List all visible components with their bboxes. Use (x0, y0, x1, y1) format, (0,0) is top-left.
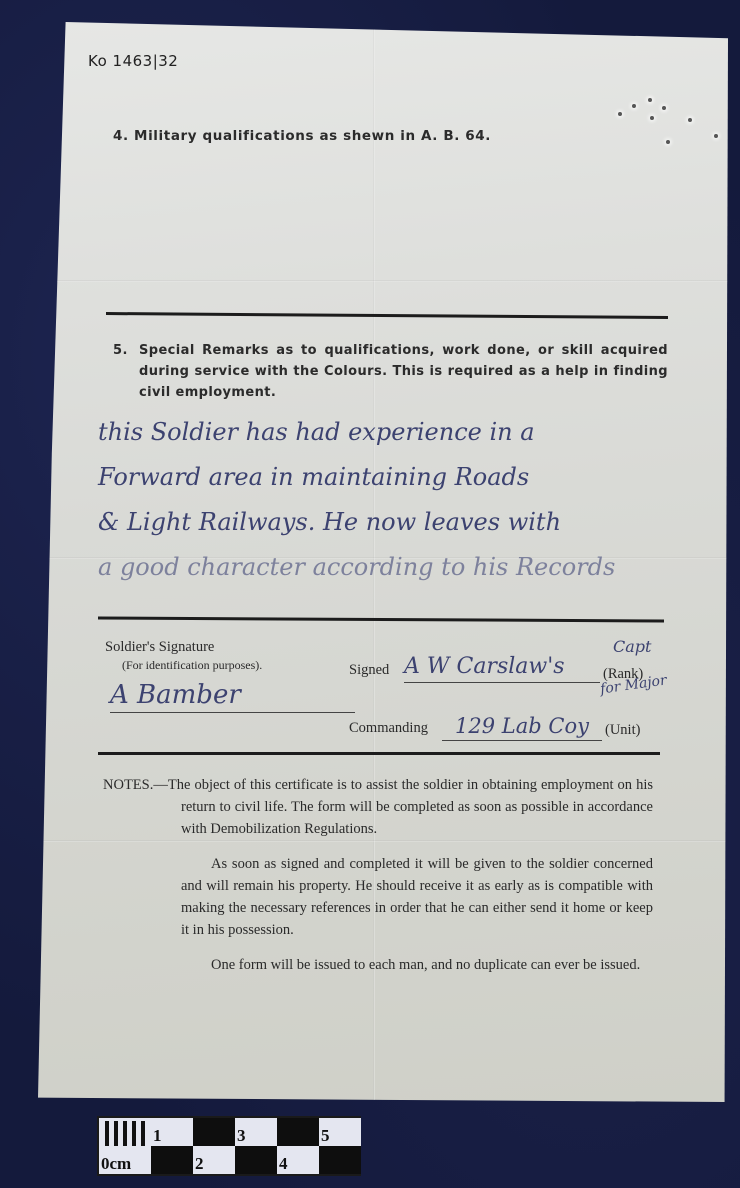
document-paper: Ko 1463|32 4. Military qualifications as… (38, 22, 728, 1102)
unit-label: (Unit) (605, 722, 640, 739)
commanding-label: Commanding (349, 720, 428, 737)
section-4-military-qualifications: 4. Military qualifications as shewn in A… (113, 128, 491, 144)
remark-line: a good character according to his Record… (98, 545, 728, 590)
notes-section: NOTES.—The object of this certificate is… (103, 774, 653, 989)
commanding-value: 129 Lab Coy (442, 712, 602, 741)
scale-label: 3 (235, 1118, 277, 1146)
scale-label: 5 (319, 1118, 361, 1146)
scale-label: 1 (151, 1118, 193, 1146)
soldier-signature-value: A Bamber (110, 678, 355, 713)
scale-block (151, 1146, 193, 1174)
horizontal-fold (38, 280, 728, 282)
soldier-signature-note: (For identification purposes). (122, 658, 262, 673)
notes-paragraph: NOTES.—The object of this certificate is… (103, 774, 653, 840)
signed-label: Signed (349, 662, 389, 679)
remark-line: & Light Railways. He now leaves with (98, 500, 728, 545)
signed-value: A W Carslaw's (404, 652, 600, 683)
notes-paragraph: As soon as signed and completed it will … (103, 853, 653, 941)
handwritten-remarks: this Soldier has had experience in a For… (98, 410, 728, 590)
scale-ticks (99, 1118, 151, 1146)
remark-line: Forward area in maintaining Roads (98, 455, 728, 500)
scale-block (193, 1118, 235, 1146)
remark-line: this Soldier has had experience in a (98, 410, 728, 455)
divider-rule (98, 752, 660, 755)
divider-rule (106, 312, 668, 319)
rank-value-top: Capt (613, 637, 651, 656)
notes-paragraph: One form will be issued to each man, and… (103, 954, 653, 976)
scale-label: 2 (193, 1146, 235, 1174)
scale-block (319, 1146, 361, 1174)
section-5-special-remarks: 5. Special Remarks as to qualifications,… (113, 340, 668, 403)
scale-block (235, 1146, 277, 1174)
soldier-signature-label: Soldier's Signature (105, 639, 214, 656)
scale-label: 4 (277, 1146, 319, 1174)
scale-block (277, 1118, 319, 1146)
scale-label: 0cm (99, 1146, 151, 1174)
scale-bar: 1 3 5 0cm 2 4 (97, 1116, 361, 1176)
divider-rule (98, 617, 664, 623)
reference-number: Ko 1463|32 (88, 52, 178, 70)
